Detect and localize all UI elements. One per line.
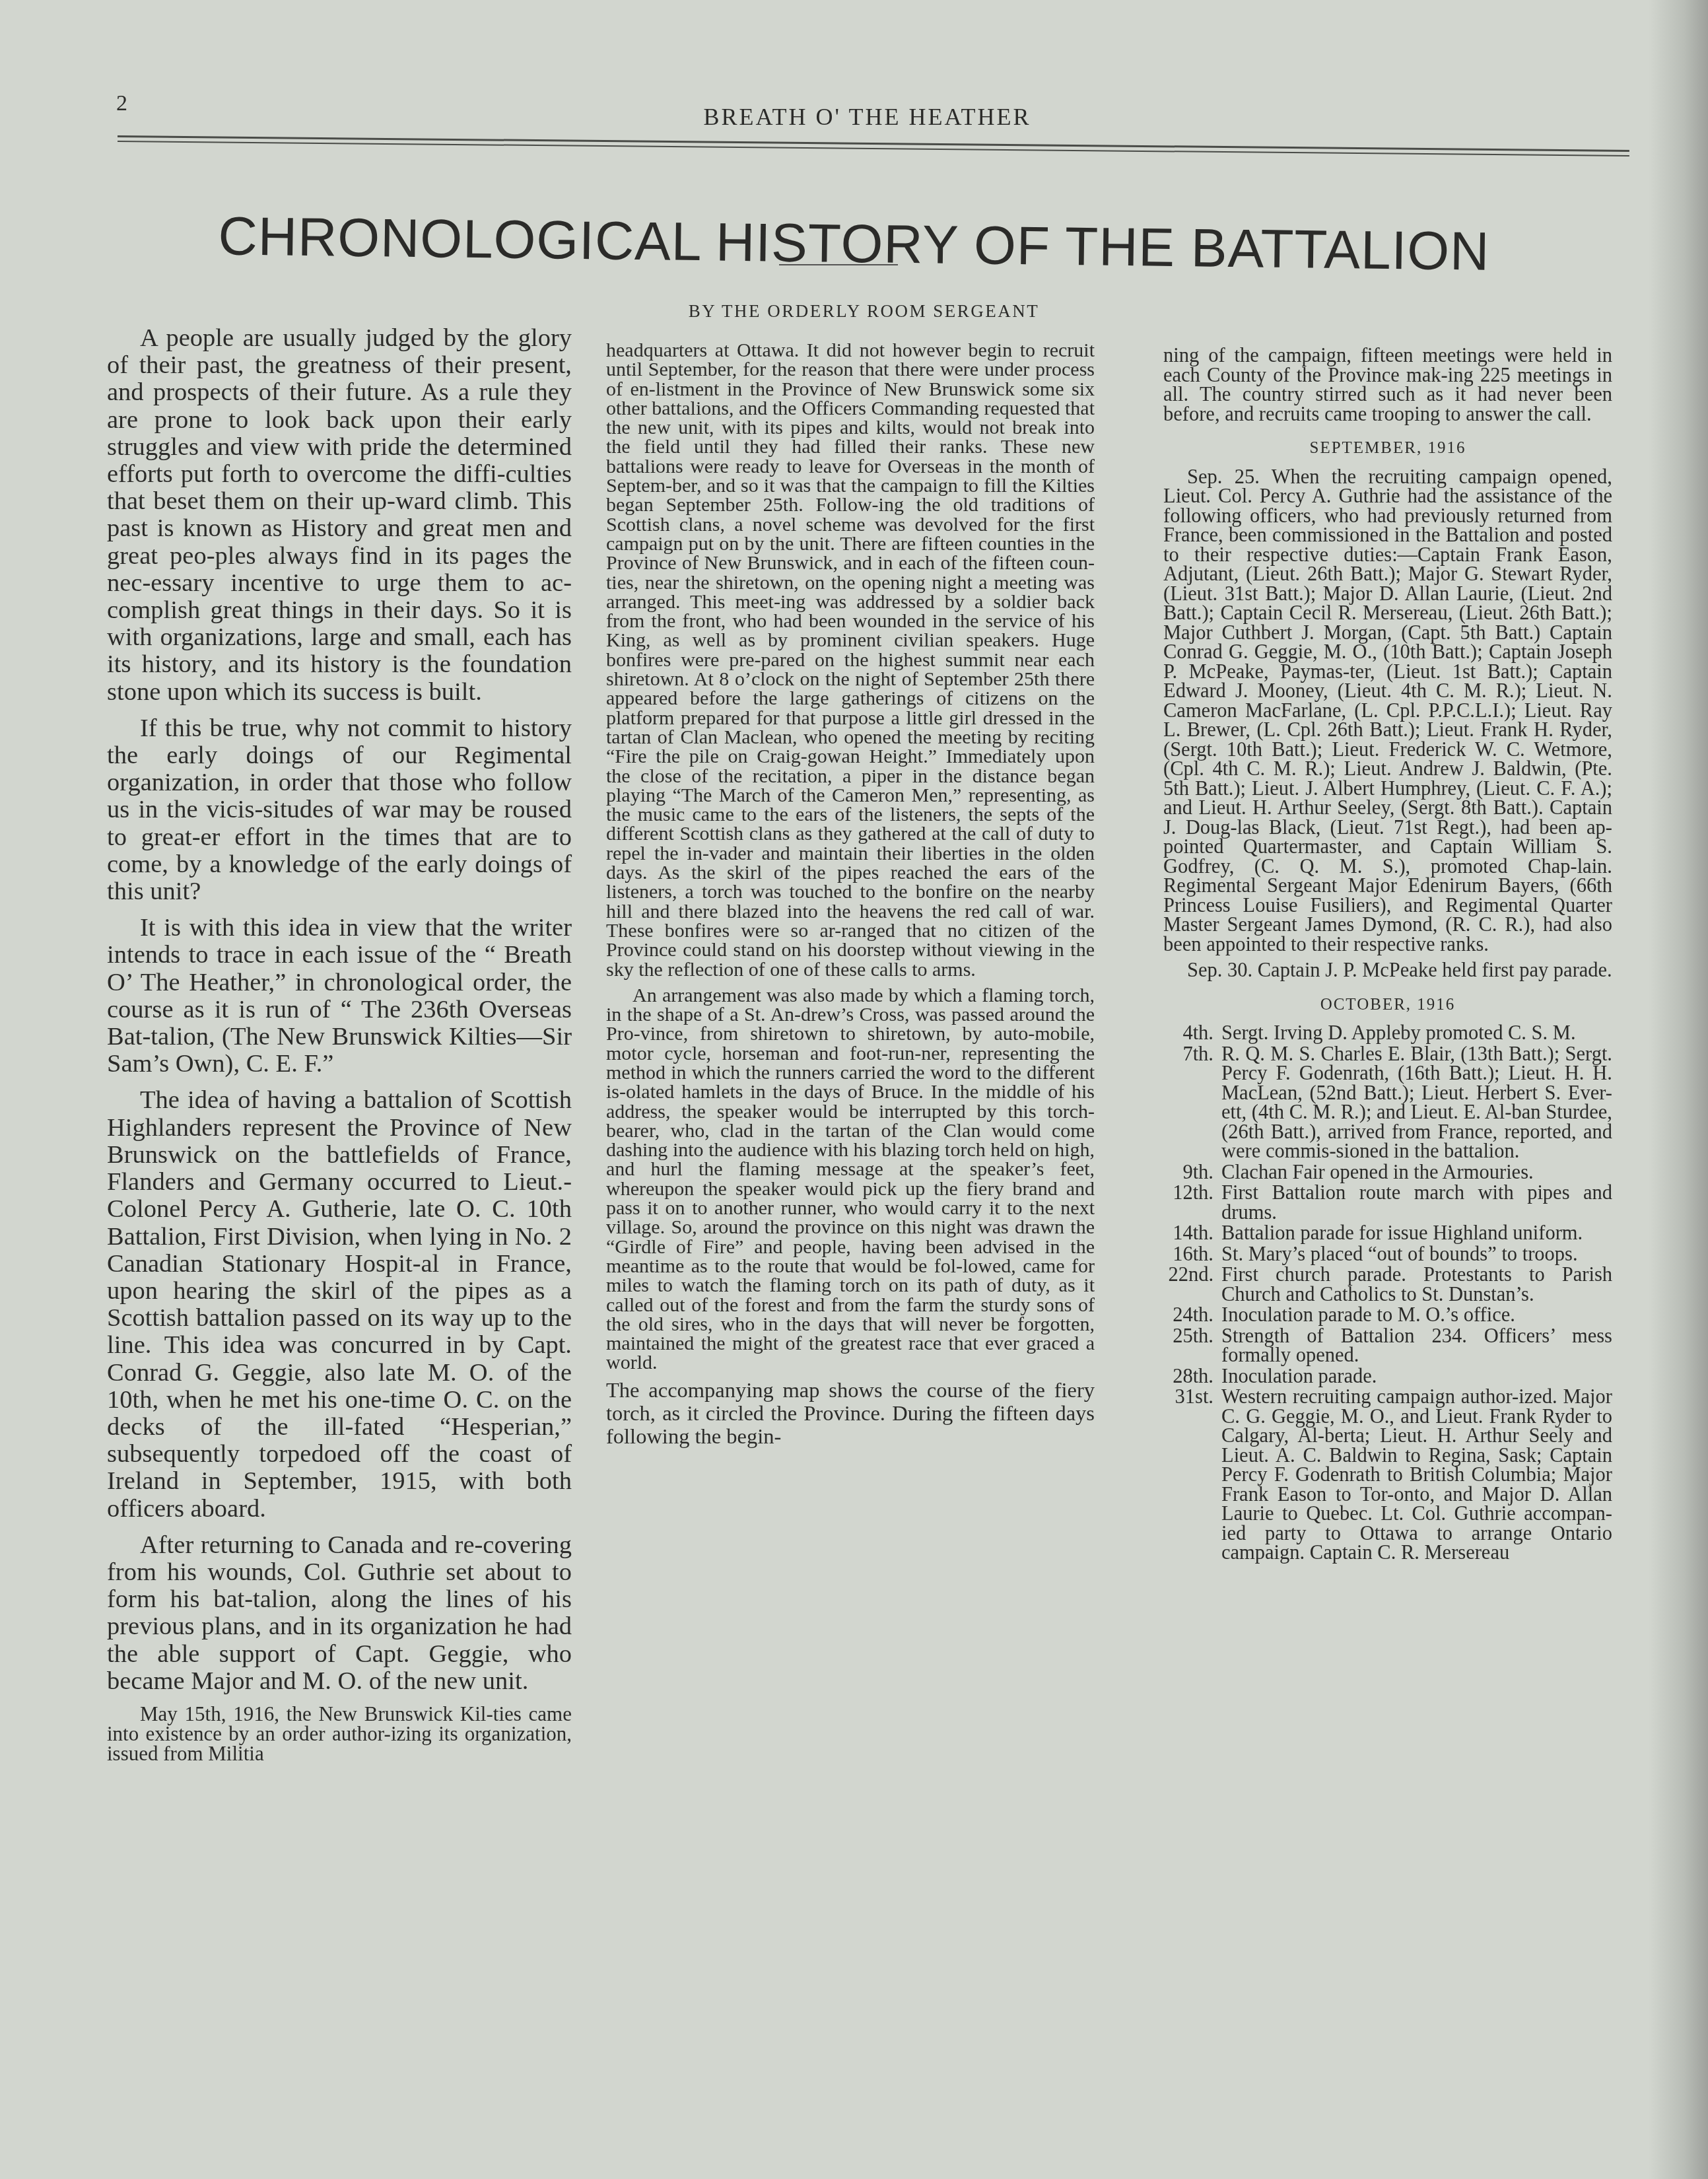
entry-date: 24th.: [1163, 1305, 1221, 1325]
paragraph: The accompanying map shows the course of…: [606, 1379, 1095, 1449]
article-title: CHRONOLOGICAL HISTORY OF THE BATTALION: [0, 203, 1708, 286]
column-2: headquarters at Ottawa. It did not howev…: [606, 341, 1095, 1449]
entry-text: Inoculation parade to M. O.’s office.: [1221, 1305, 1612, 1325]
column-3: ning of the campaign, fifteen meetings w…: [1163, 346, 1612, 1564]
entry-text: Clachan Fair opened in the Armouries.: [1221, 1163, 1612, 1183]
paragraph: It is with this idea in view that the wr…: [107, 915, 572, 1078]
september-entry: Sep. 30. Captain J. P. McPeake held firs…: [1163, 961, 1612, 981]
title-divider: [779, 264, 898, 265]
september-entry: Sep. 25. When the recruiting campaign op…: [1163, 467, 1612, 955]
october-entry: 16th. St. Mary’s placed “out of bounds” …: [1163, 1245, 1612, 1264]
paragraph: ning of the campaign, fifteen meetings w…: [1163, 346, 1612, 424]
entry-date: 7th.: [1163, 1045, 1221, 1161]
entry-date: 4th.: [1163, 1023, 1221, 1043]
entry-date: 16th.: [1163, 1245, 1221, 1264]
october-entry: 24th. Inoculation parade to M. O.’s offi…: [1163, 1305, 1612, 1325]
section-heading-september: SEPTEMBER, 1916: [1163, 438, 1612, 458]
october-entry: 12th. First Battalion route march with p…: [1163, 1183, 1612, 1222]
entry-text: Western recruiting campaign author-ized.…: [1221, 1387, 1612, 1563]
paragraph: If this be true, why not commit to histo…: [107, 715, 572, 905]
october-entry: 31st. Western recruiting campaign author…: [1163, 1387, 1612, 1563]
october-entry: 9th. Clachan Fair opened in the Armourie…: [1163, 1163, 1612, 1183]
byline: BY THE ORDERLY ROOM SERGEANT: [0, 301, 1708, 322]
paragraph: An arrangement was also made by which a …: [606, 986, 1095, 1373]
entry-date: 9th.: [1163, 1163, 1221, 1183]
paragraph: headquarters at Ottawa. It did not howev…: [606, 341, 1095, 979]
october-entry: 28th. Inoculation parade.: [1163, 1367, 1612, 1387]
entry-text: R. Q. M. S. Charles E. Blair, (13th Batt…: [1221, 1045, 1612, 1161]
entry-text: Inoculation parade.: [1221, 1367, 1612, 1387]
october-entry: 4th. Sergt. Irving D. Appleby promoted C…: [1163, 1023, 1612, 1043]
october-entry: 22nd. First church parade. Protestants t…: [1163, 1265, 1612, 1304]
entry-text: Strength of Battalion 234. Officers’ mes…: [1221, 1327, 1612, 1366]
running-head: BREATH O' THE HEATHER: [0, 103, 1708, 131]
entry-date: 12th.: [1163, 1183, 1221, 1222]
entry-text: St. Mary’s placed “out of bounds” to tro…: [1221, 1245, 1612, 1264]
entry-text: First Battalion route march with pipes a…: [1221, 1183, 1612, 1222]
entry-date: 14th.: [1163, 1224, 1221, 1243]
entry-date: 28th.: [1163, 1367, 1221, 1387]
entry-date: 25th.: [1163, 1327, 1221, 1366]
october-entry: 14th. Battalion parade for issue Highlan…: [1163, 1224, 1612, 1243]
entry-text: First church parade. Protestants to Pari…: [1221, 1265, 1612, 1304]
paragraph: The idea of having a battalion of Scotti…: [107, 1087, 572, 1522]
page-edge-shadow: [1649, 0, 1708, 2179]
entry-date: 31st.: [1163, 1387, 1221, 1563]
column-1: A people are usually judged by the glory…: [107, 325, 572, 1773]
section-heading-october: OCTOBER, 1916: [1163, 995, 1612, 1015]
paragraph: A people are usually judged by the glory…: [107, 325, 572, 706]
entry-date: 22nd.: [1163, 1265, 1221, 1304]
october-entry: 7th. R. Q. M. S. Charles E. Blair, (13th…: [1163, 1045, 1612, 1161]
october-entry: 25th. Strength of Battalion 234. Officer…: [1163, 1327, 1612, 1366]
entry-text: Sergt. Irving D. Appleby promoted C. S. …: [1221, 1023, 1612, 1043]
entry-text: Battalion parade for issue Highland unif…: [1221, 1224, 1612, 1243]
paragraph: May 15th, 1916, the New Brunswick Kil-ti…: [107, 1704, 572, 1764]
paragraph: After returning to Canada and re-coverin…: [107, 1532, 572, 1695]
